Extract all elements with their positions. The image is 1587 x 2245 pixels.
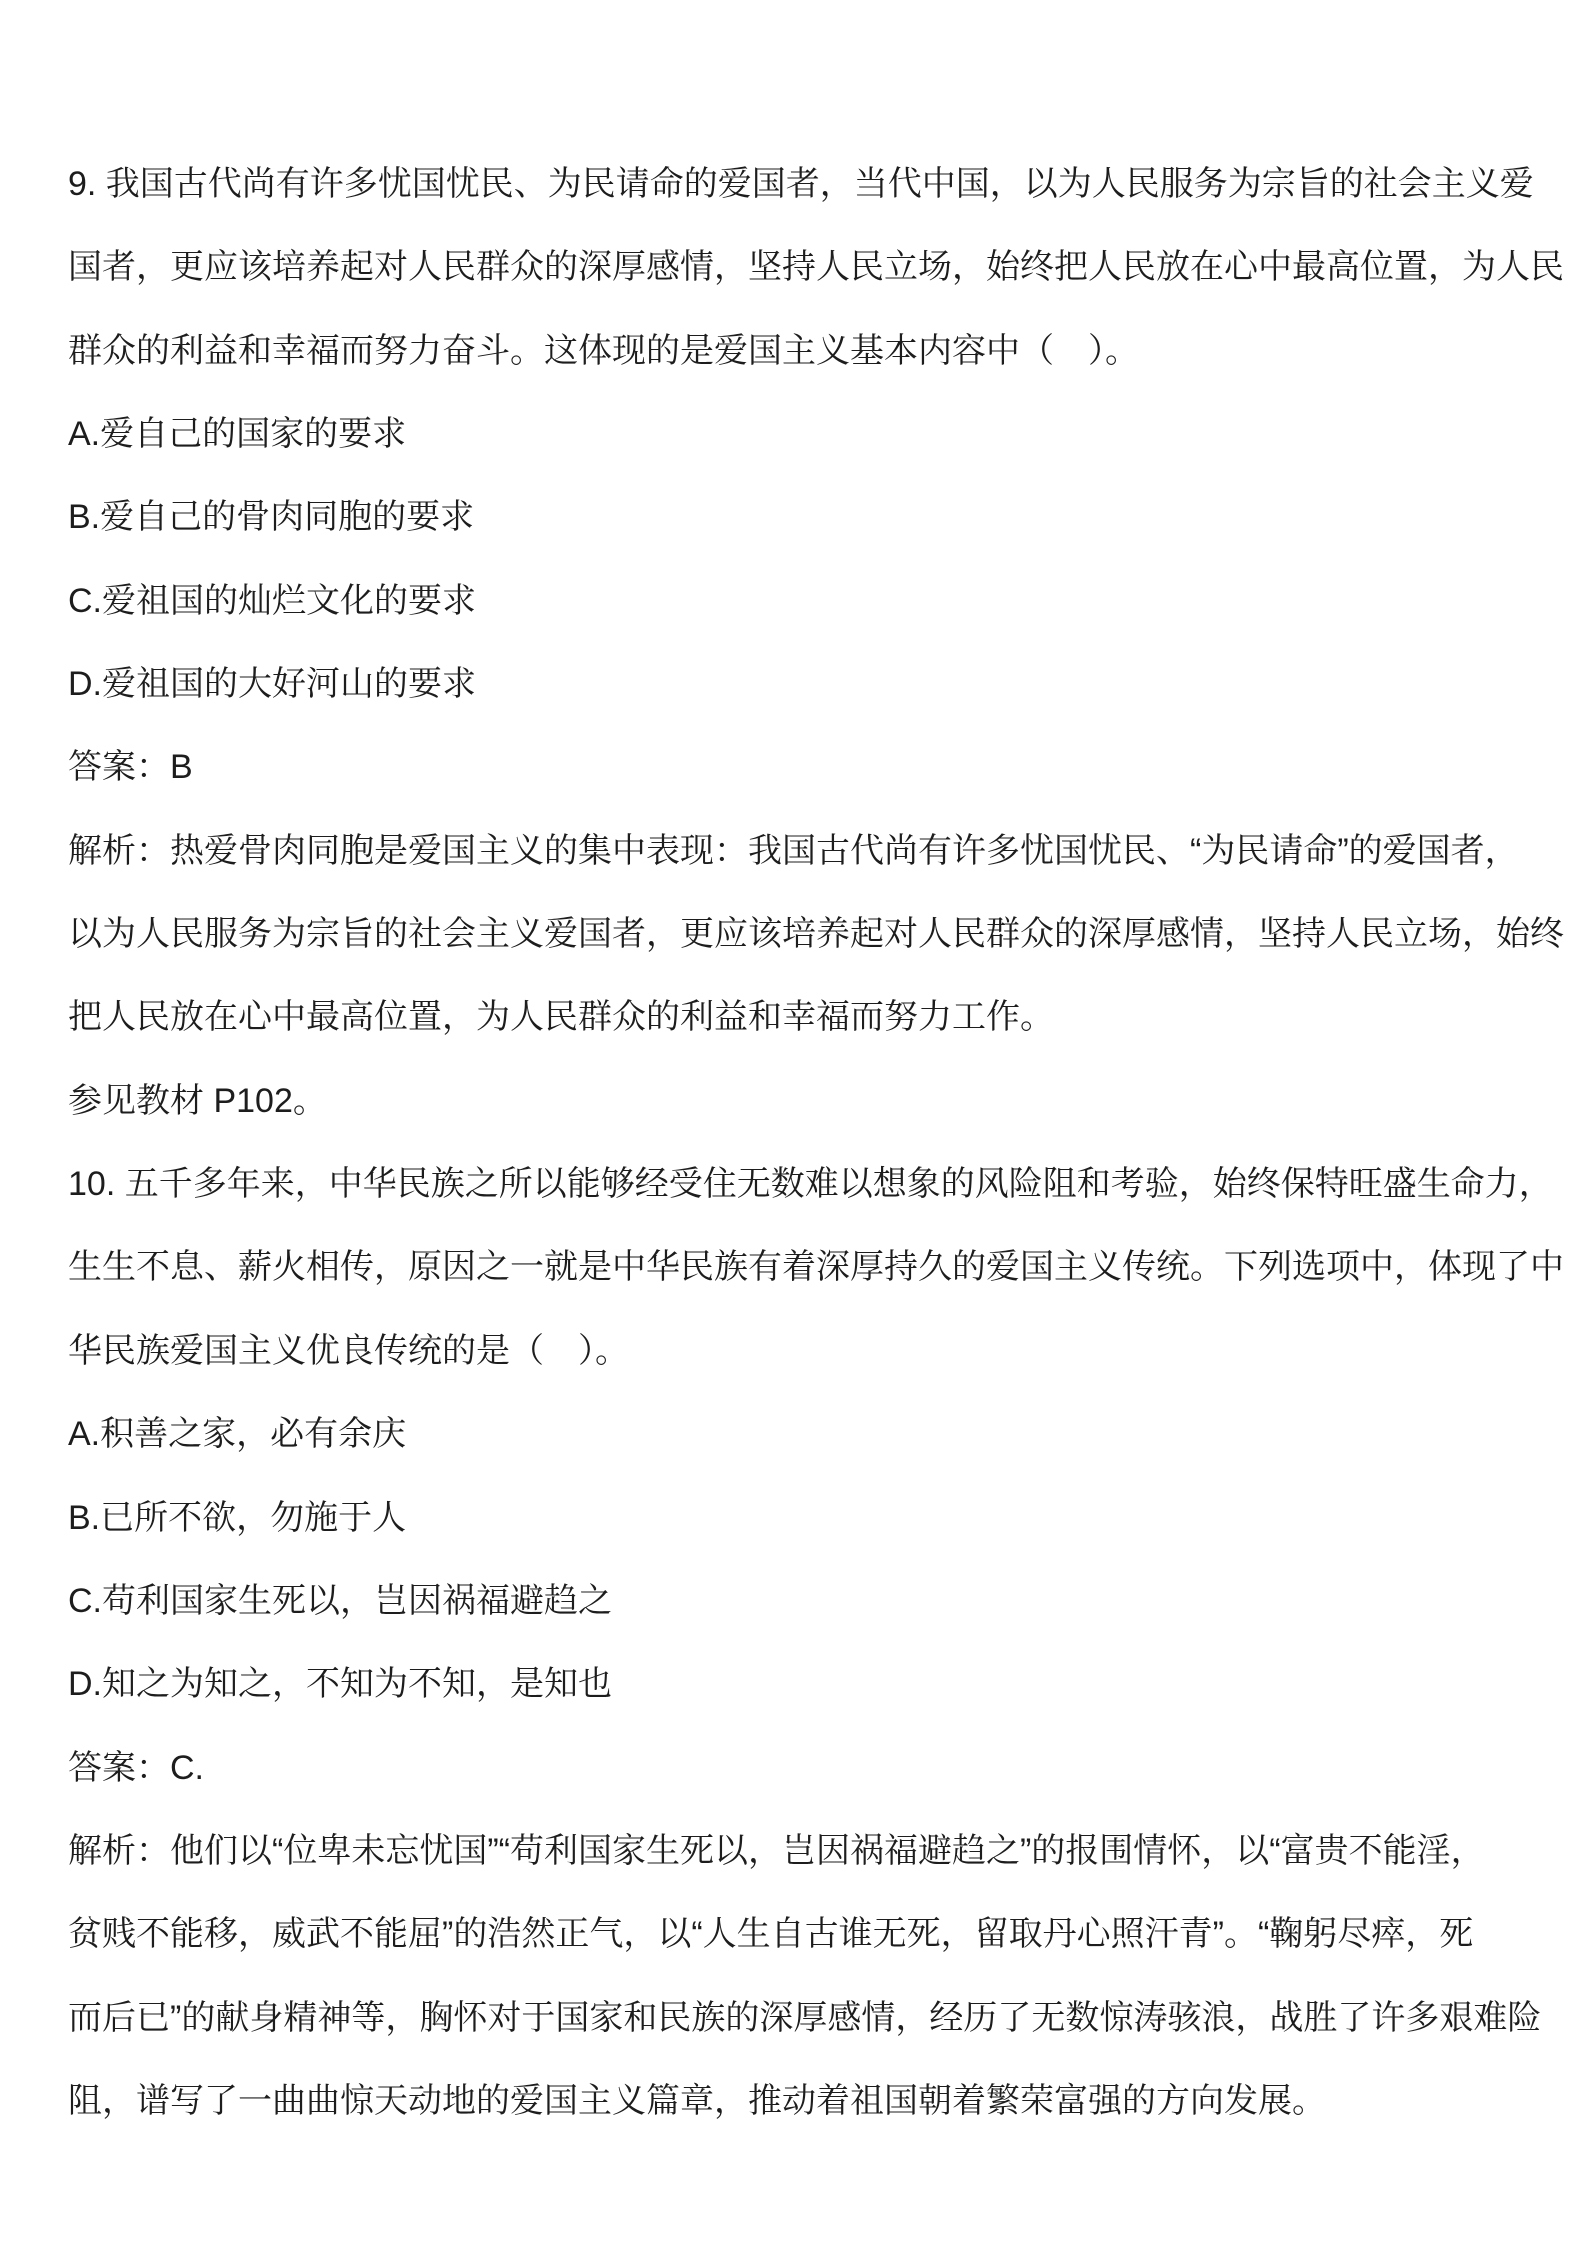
question-10-stem-line-3: 华民族爱国主义优良传统的是（ ）。 bbox=[68, 1310, 1540, 1393]
question-10-analysis-line-2: 贫贱不能移，威武不能屈”的浩然正气，以“人生自古谁无死，留取丹心照汗青”。“鞠躬… bbox=[68, 1893, 1540, 1976]
question-9-stem-line-3: 群众的利益和幸福而努力奋斗。这体现的是爱国主义基本内容中（ ）。 bbox=[68, 310, 1540, 393]
question-9-textbook-reference: 参见教材 P102。 bbox=[68, 1060, 1540, 1143]
question-9-option-a: A.爱自己的国家的要求 bbox=[68, 393, 1540, 476]
question-10-answer: 答案：C. bbox=[68, 1727, 1540, 1810]
exam-document-page: 9. 我国古代尚有许多忧国忧民、为民请命的爱国者，当代中国，以为人民服务为宗旨的… bbox=[0, 0, 1587, 2245]
question-9-option-b: B.爱自己的骨肉同胞的要求 bbox=[68, 476, 1540, 559]
document-text-body: 9. 我国古代尚有许多忧国忧民、为民请命的爱国者，当代中国，以为人民服务为宗旨的… bbox=[68, 143, 1540, 2143]
question-9-stem-line-2: 国者，更应该培养起对人民群众的深厚感情，坚持人民立场，始终把人民放在心中最高位置… bbox=[68, 226, 1540, 309]
question-9-analysis-line-1: 解析：热爱骨肉同胞是爱国主义的集中表现：我国古代尚有许多忧国忧民、“为民请命”的… bbox=[68, 810, 1540, 893]
question-9-analysis-line-3: 把人民放在心中最高位置，为人民群众的利益和幸福而努力工作。 bbox=[68, 976, 1540, 1059]
question-10-analysis-line-4: 阻，谱写了一曲曲惊天动地的爱国主义篇章，推动着祖国朝着繁荣富强的方向发展。 bbox=[68, 2060, 1540, 2143]
question-9-analysis-line-2: 以为人民服务为宗旨的社会主义爱国者，更应该培养起对人民群众的深厚感情，坚持人民立… bbox=[68, 893, 1540, 976]
question-9-stem-line-1: 9. 我国古代尚有许多忧国忧民、为民请命的爱国者，当代中国，以为人民服务为宗旨的… bbox=[68, 143, 1540, 226]
question-9-option-d: D.爱祖国的大好河山的要求 bbox=[68, 643, 1540, 726]
question-9-block: 9. 我国古代尚有许多忧国忧民、为民请命的爱国者，当代中国，以为人民服务为宗旨的… bbox=[68, 143, 1540, 1143]
question-10-analysis-line-3: 而后已”的献身精神等，胸怀对于国家和民族的深厚感情，经历了无数惊涛骇浪，战胜了许… bbox=[68, 1977, 1540, 2060]
question-10-block: 10. 五千多年来，中华民族之所以能够经受住无数难以想象的风险阻和考验，始终保特… bbox=[68, 1143, 1540, 2143]
question-10-option-a: A.积善之家，必有余庆 bbox=[68, 1393, 1540, 1476]
question-10-stem-line-1: 10. 五千多年来，中华民族之所以能够经受住无数难以想象的风险阻和考验，始终保特… bbox=[68, 1143, 1540, 1226]
question-10-stem-line-2: 生生不息、薪火相传，原因之一就是中华民族有着深厚持久的爱国主义传统。下列选项中，… bbox=[68, 1226, 1540, 1309]
question-10-option-b: B.已所不欲，勿施于人 bbox=[68, 1477, 1540, 1560]
question-9-option-c: C.爱祖国的灿烂文化的要求 bbox=[68, 560, 1540, 643]
question-10-analysis-line-1: 解析：他们以“位卑未忘忧国”“苟利国家生死以，岂因祸福避趋之”的报围情怀，以“富… bbox=[68, 1810, 1540, 1893]
question-10-option-d: D.知之为知之，不知为不知，是知也 bbox=[68, 1643, 1540, 1726]
question-9-answer: 答案：B bbox=[68, 726, 1540, 809]
question-10-option-c: C.苟利国家生死以，岂因祸福避趋之 bbox=[68, 1560, 1540, 1643]
